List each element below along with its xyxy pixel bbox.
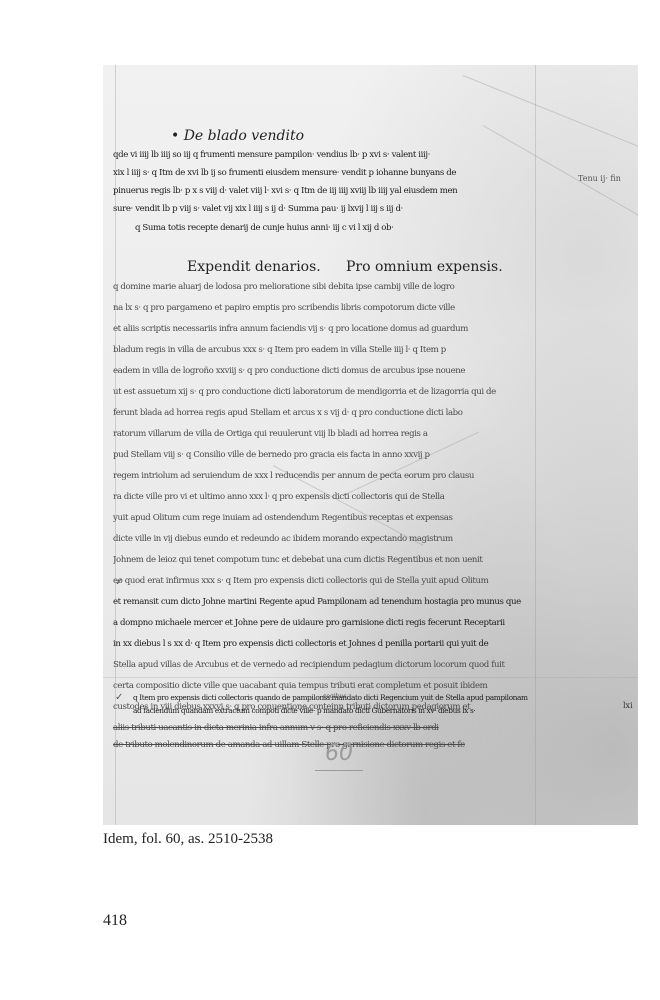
manuscript-folio-image: • De blado vendito qde vi iiij lb iiij s…: [103, 65, 638, 825]
manuscript-line: de tributo molendinorum de amanda ad uil…: [113, 740, 535, 750]
manuscript-line: bladum regis in villa de arcubus xxx s· …: [113, 345, 535, 355]
manuscript-line: dicte ville in vij diebus eundo et redeu…: [113, 534, 535, 544]
manuscript-line: ad faciendum quandam extractum compoti d…: [133, 706, 533, 715]
margin-note: Tenu ij· fin: [578, 174, 621, 183]
manuscript-line: Stella apud villas de Arcubus et de vern…: [113, 660, 535, 670]
paper-crease: [463, 75, 638, 158]
manuscript-line: aliis tributi uacantis in dicta merinia …: [113, 723, 535, 733]
manuscript-line: eo quod erat infirmus xxx s· q Item pro …: [113, 576, 535, 586]
folio-underline: [315, 770, 363, 771]
margin-check-mark: ✓: [115, 692, 123, 703]
margin-note: lxi: [623, 701, 633, 710]
manuscript-line: et remansit cum dicto Johne martini Rege…: [113, 597, 535, 607]
manuscript-line: xix l iiij s· q Itm de xvi lb ij so frum…: [113, 168, 528, 178]
manuscript-heading-pro-omnium: Pro omnium expensis.: [346, 259, 503, 275]
manuscript-line: ferunt blada ad horrea regis apud Stella…: [113, 408, 535, 418]
manuscript-line: in xx diebus l s xx d· q Item pro expens…: [113, 639, 535, 649]
manuscript-line: ratorum villarum de villa de Ortiga qui …: [113, 429, 535, 439]
margin-check-mark: ✓: [115, 577, 123, 588]
manuscript-line: regem intriolum ad seruiendum de xxx l r…: [113, 471, 535, 481]
manuscript-line: q Suma totis recepte denarij de cunje hu…: [135, 223, 495, 233]
manuscript-line: pinuerus regis lb· p x s viij d· valet v…: [113, 186, 528, 196]
manuscript-heading-de-blado: • De blado vendito: [171, 128, 304, 144]
manuscript-line: qde vi iiij lb iiij so iij q frumenti me…: [113, 150, 528, 160]
manuscript-line: q Item pro expensis dicti collectoris qu…: [133, 693, 533, 702]
figure-caption: Idem, fol. 60, as. 2510-2538: [103, 831, 273, 848]
manuscript-line: ut est assuetum xij s· q pro conductione…: [113, 387, 535, 397]
paper-crease: [343, 432, 479, 496]
manuscript-line: ra dicte ville pro vi et ultimo anno xxx…: [113, 492, 535, 502]
manuscript-line: Johnem de leioz qui tenet compotum tunc …: [113, 555, 535, 565]
manuscript-line: et aliis scriptis necessariis infra annu…: [113, 324, 535, 334]
manuscript-line: eadem in villa de logroño xxviij s· q pr…: [113, 366, 535, 376]
manuscript-line: a dompno michaele mercer et Johne pere d…: [113, 618, 535, 628]
folio-number: 60: [325, 741, 353, 766]
page-number: 418: [103, 912, 127, 930]
manuscript-line: yuit apud Olitum cum rege inuiam ad oste…: [113, 513, 535, 523]
manuscript-line: sure· vendit lb p viij s· valet vij xix …: [113, 204, 528, 214]
ruling-line: [103, 677, 638, 678]
manuscript-line: q domine marie aluarj de lodosa pro meli…: [113, 282, 535, 292]
manuscript-heading-expendit: Expendit denarios.: [187, 259, 321, 275]
manuscript-line: pud Stellam viij s· q Consilio ville de …: [113, 450, 535, 460]
manuscript-line: na lx s· q pro pargameno et papiro empti…: [113, 303, 535, 313]
ruling-line: [535, 65, 536, 825]
manuscript-line: certa compositio dicte ville que uacaban…: [113, 681, 535, 691]
